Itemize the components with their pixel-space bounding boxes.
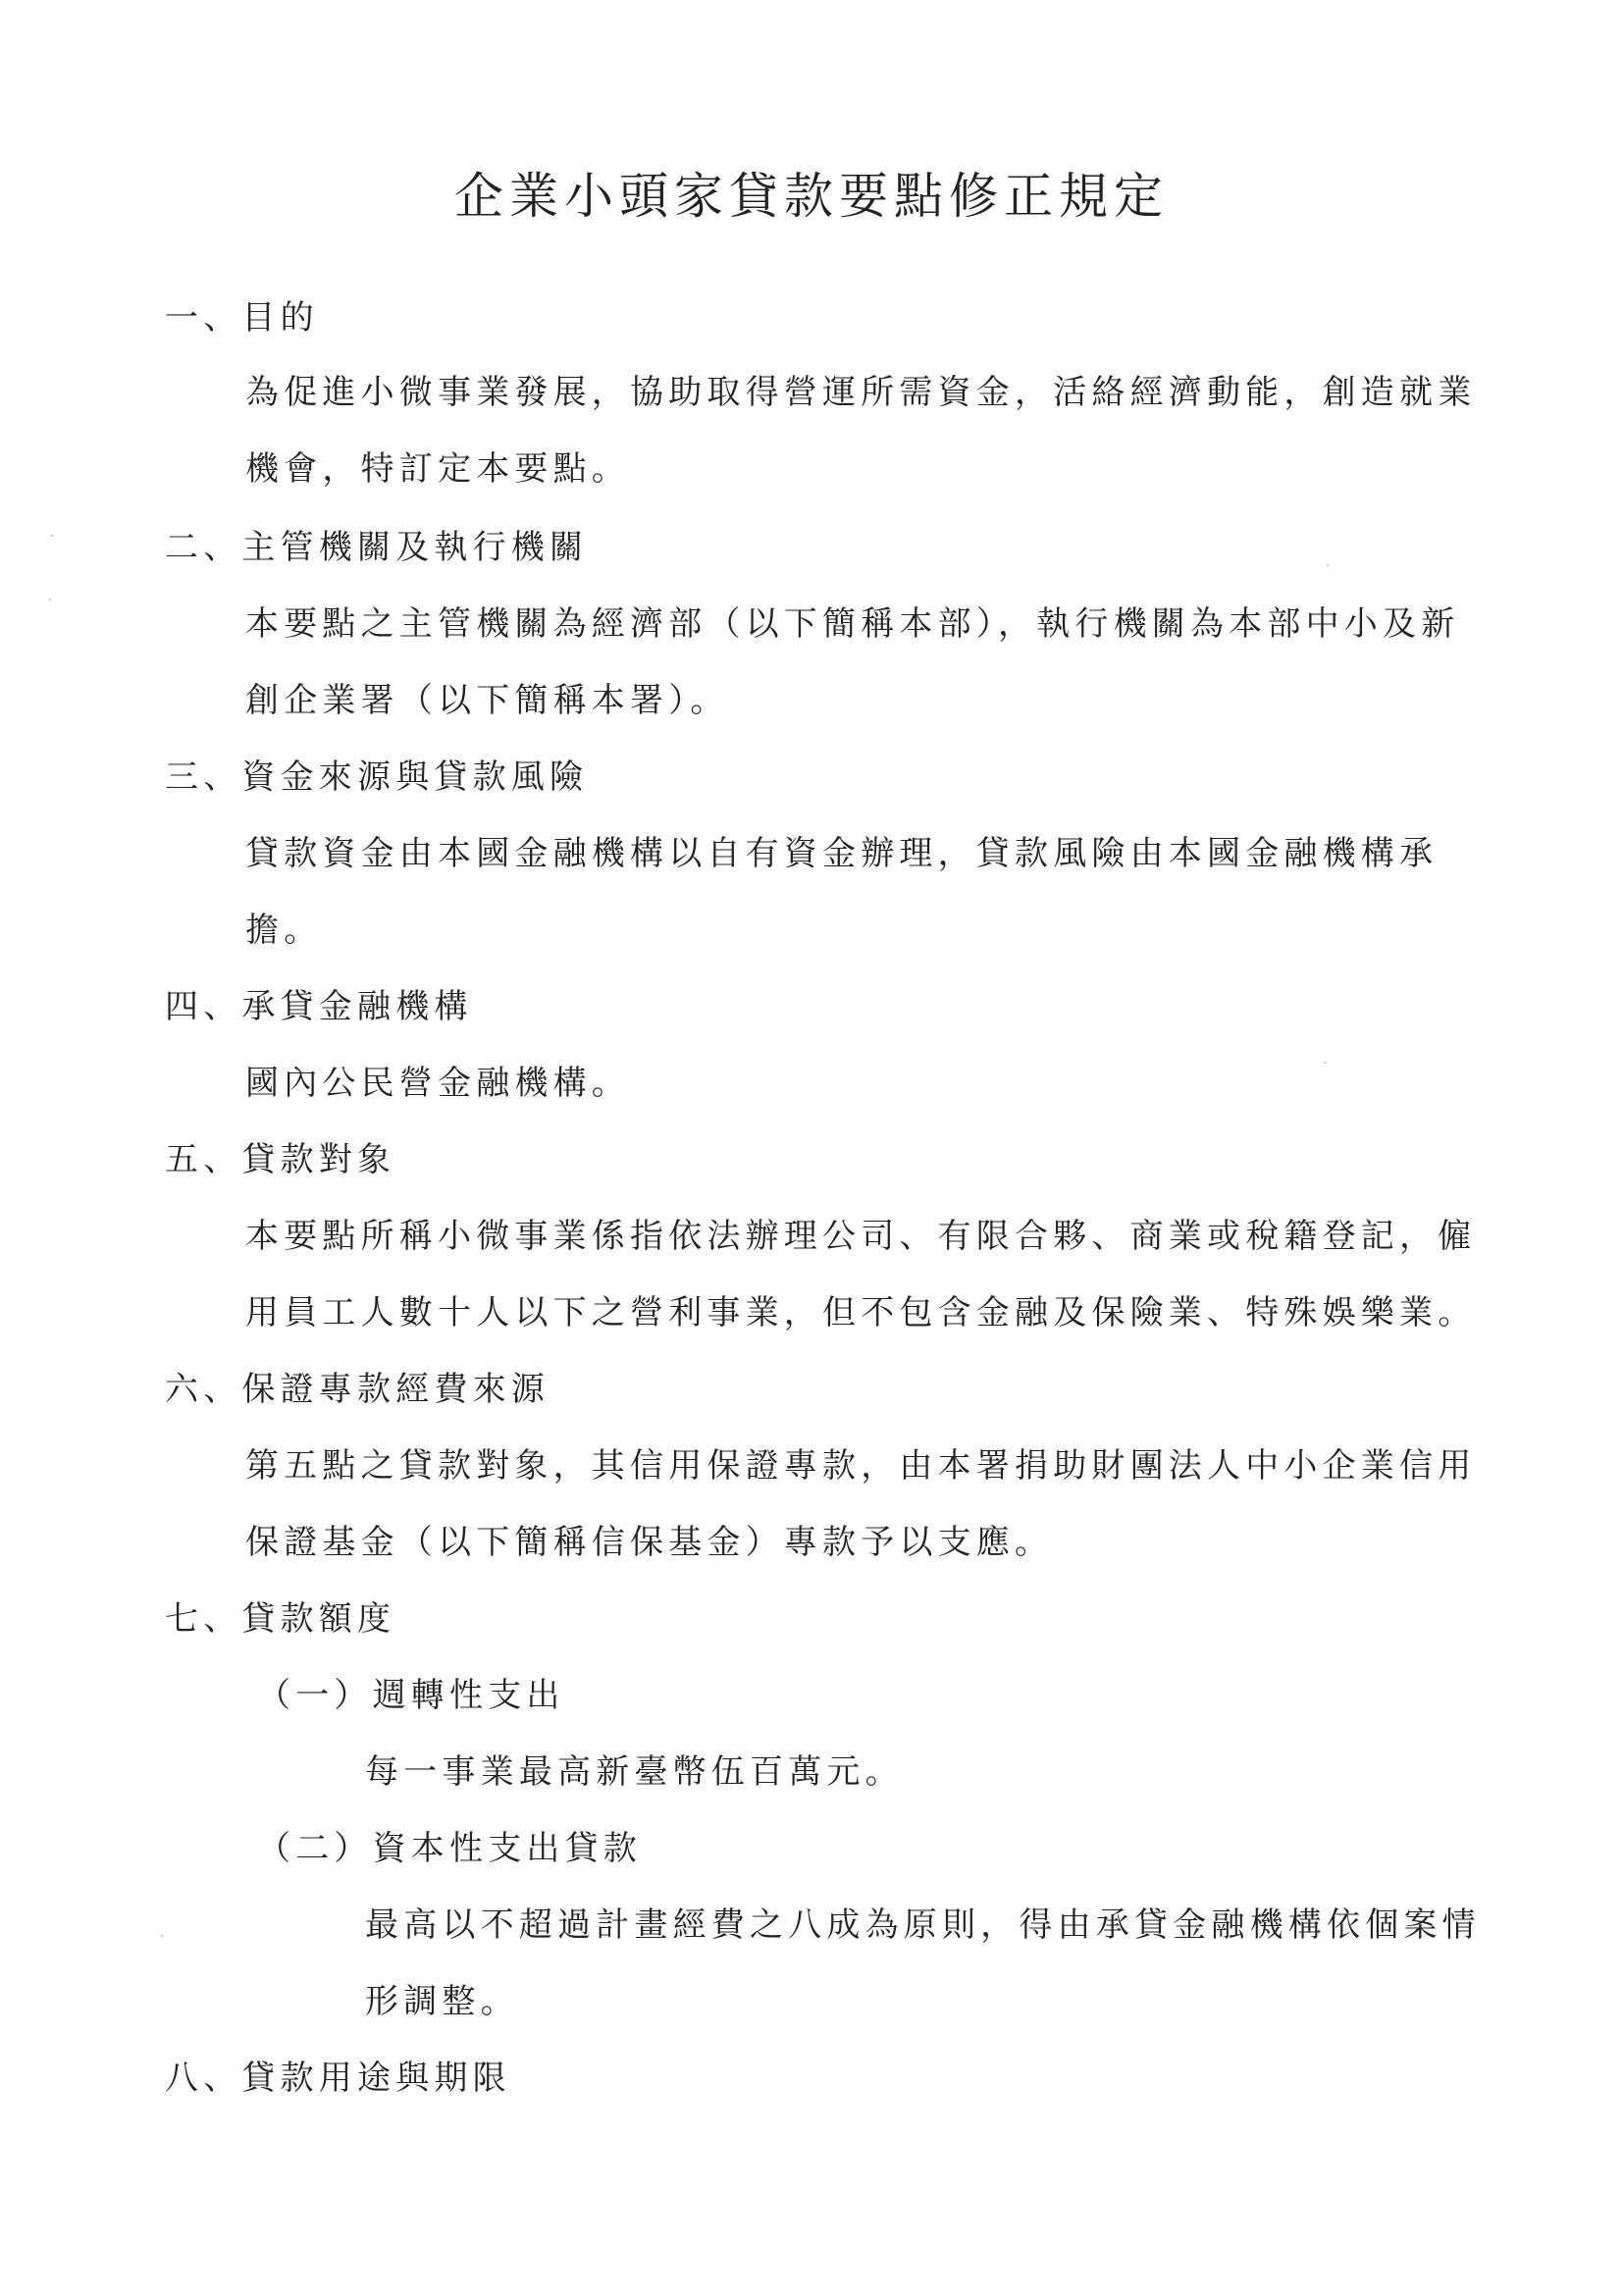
section-heading-2: 二、主管機關及執行機關 <box>165 520 588 568</box>
subsection-body-line: 最高以不超過計畫經費之八成為原則，得由承貸金融機構依個案情 <box>365 1898 1481 1946</box>
section-heading-5: 五、貸款對象 <box>165 1132 395 1180</box>
section-heading-6: 六、保證專款經費來源 <box>165 1362 550 1410</box>
document-page: 企業小頭家貸款要點修正規定 一、目的 為促進小微事業發展，協助取得營運所需資金，… <box>0 0 1623 2296</box>
subsection-heading-7-2: （二）資本性支出貸款 <box>257 1821 642 1869</box>
section-body-line: 貸款資金由本國金融機構以自有資金辦理，貸款風險由本國金融機構承 <box>245 826 1438 874</box>
section-heading-1: 一、目的 <box>165 290 319 339</box>
section-body-line: 本要點所稱小微事業係指依法辦理公司、有限合夥、商業或稅籍登記，僱 <box>245 1209 1476 1257</box>
scan-speck <box>51 535 53 537</box>
section-body-line: 用員工人數十人以下之營利事業，但不包含金融及保險業、特殊娛樂業。 <box>245 1285 1476 1333</box>
section-heading-8: 八、貸款用途與期限 <box>165 2051 511 2099</box>
section-body-line: 機會，特訂定本要點。 <box>245 442 630 490</box>
section-body-line: 創企業署（以下簡稱本署）。 <box>245 673 729 721</box>
section-heading-4: 四、承貸金融機構 <box>165 979 473 1027</box>
section-heading-3: 三、資金來源與貸款風險 <box>165 750 588 798</box>
scan-speck <box>1327 564 1329 566</box>
section-heading-7: 七、貸款額度 <box>165 1592 395 1640</box>
scan-speck <box>49 599 51 600</box>
scan-speck <box>161 1935 163 1937</box>
section-body-line: 擔。 <box>245 903 322 951</box>
section-body-line: 保證基金（以下簡稱信保基金）專款予以支應。 <box>245 1515 1053 1563</box>
subsection-heading-7-1: （一）週轉性支出 <box>257 1668 565 1716</box>
section-body-line: 國內公民營金融機構。 <box>245 1056 630 1104</box>
subsection-body-line: 每一事業最高新臺幣伍百萬元。 <box>365 1745 904 1793</box>
document-title: 企業小頭家貸款要點修正規定 <box>0 157 1623 228</box>
subsection-body-line: 形調整。 <box>365 1974 519 2022</box>
scan-speck <box>1325 1062 1327 1064</box>
section-body-line: 第五點之貸款對象，其信用保證專款，由本署捐助財團法人中小企業信用 <box>245 1438 1476 1487</box>
section-body-line: 為促進小微事業發展，協助取得營運所需資金，活絡經濟動能，創造就業 <box>245 365 1476 413</box>
section-body-line: 本要點之主管機關為經濟部（以下簡稱本部），執行機關為本部中小及新 <box>245 597 1459 645</box>
